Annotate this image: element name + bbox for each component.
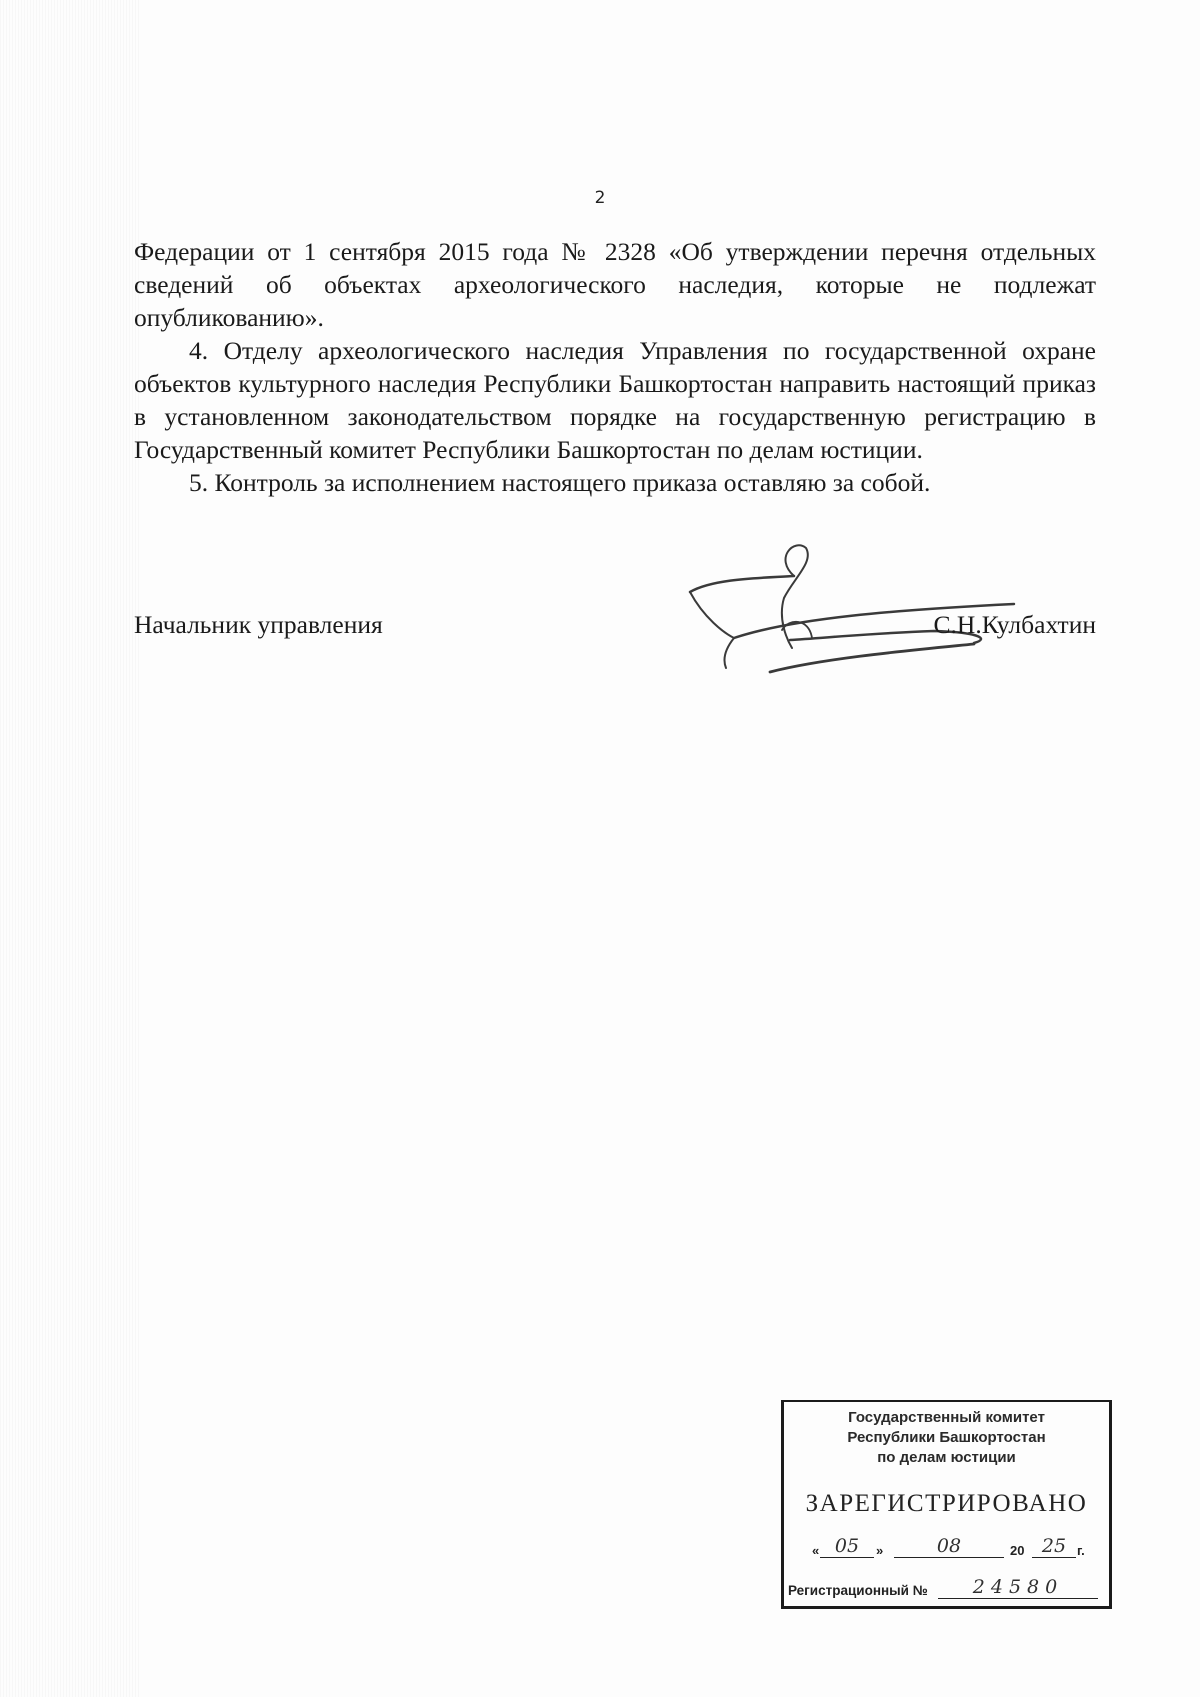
date-month: 08 (937, 1535, 961, 1557)
stamp-org-line-3: по делам юстиции (784, 1448, 1109, 1468)
date-open-quote: « (812, 1543, 819, 1558)
date-close-quote: » (876, 1543, 883, 1558)
position-title: Начальник управления (134, 610, 383, 640)
stamp-organization: Государственный комитет Республики Башко… (784, 1408, 1109, 1468)
paragraph-item-5: 5. Контроль за исполнением настоящего пр… (134, 466, 1096, 499)
registration-number: 24580 (973, 1576, 1063, 1598)
stamp-registration: Регистрационный № 24580 (788, 1576, 1105, 1602)
date-century: 20 (1010, 1543, 1024, 1558)
date-year: 25 (1042, 1535, 1066, 1557)
signature-block: Начальник управления С.Н.Кулбахтин (134, 610, 1096, 670)
date-month-field: 08 (894, 1535, 1004, 1558)
date-suffix: г. (1077, 1543, 1085, 1558)
date-year-field: 25 (1032, 1535, 1076, 1558)
document-page: 2 Федерации от 1 сентября 2015 года № 23… (0, 0, 1200, 1697)
page-number: 2 (0, 188, 1200, 208)
stamp-org-line-2: Республики Башкортостан (784, 1428, 1109, 1448)
signer-name: С.Н.Кулбахтин (934, 610, 1096, 640)
date-day-field: 05 (820, 1535, 874, 1558)
stamp-status: ЗАРЕГИСТРИРОВАНО (784, 1490, 1109, 1518)
stamp-org-line-1: Государственный комитет (784, 1408, 1109, 1428)
registration-label: Регистрационный № (788, 1583, 928, 1598)
paragraph-item-4: 4. Отделу археологического наследия Упра… (134, 334, 1096, 466)
registration-stamp: Государственный комитет Республики Башко… (781, 1400, 1112, 1609)
registration-number-field: 24580 (938, 1576, 1098, 1599)
date-day: 05 (835, 1535, 859, 1557)
paragraph-continuation: Федерации от 1 сентября 2015 года № 2328… (134, 235, 1096, 334)
stamp-date: « 05 » 08 20 25 г. (796, 1535, 1099, 1561)
scan-artifact (0, 0, 140, 1697)
document-body: Федерации от 1 сентября 2015 года № 2328… (134, 235, 1096, 499)
